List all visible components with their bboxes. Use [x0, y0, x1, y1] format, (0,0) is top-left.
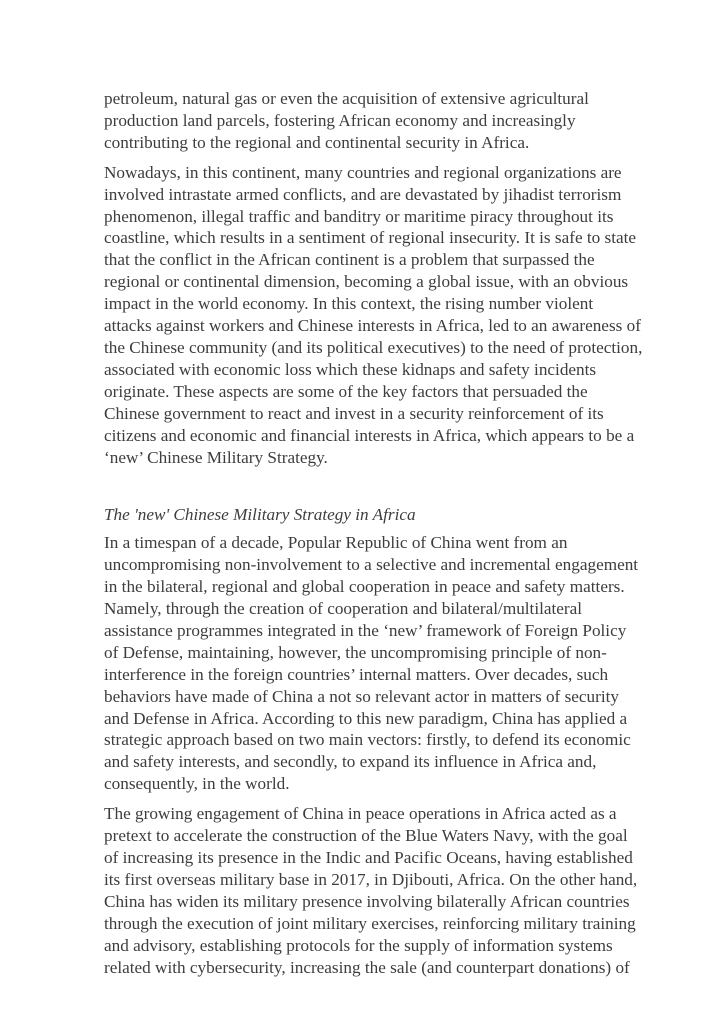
text-line: citizens and economic and financial inte…	[104, 425, 664, 447]
text-line: production land parcels, fostering Afric…	[104, 110, 664, 132]
text-line: that the conflict in the African contine…	[104, 249, 664, 271]
text-line: pretext to accelerate the construction o…	[104, 825, 664, 847]
text-line: The growing engagement of China in peace…	[104, 803, 664, 825]
text-line: uncompromising non-involvement to a sele…	[104, 554, 664, 576]
text-line: interference in the foreign countries’ i…	[104, 664, 664, 686]
text-line: ‘new’ Chinese Military Strategy.	[104, 447, 664, 469]
text-line: of increasing its presence in the Indic …	[104, 847, 664, 869]
text-line: petroleum, natural gas or even the acqui…	[104, 88, 664, 110]
document-page: petroleum, natural gas or even the acqui…	[104, 88, 664, 986]
paragraph-strategy-shift: In a timespan of a decade, Popular Repub…	[104, 532, 664, 795]
text-line: behaviors have made of China a not so re…	[104, 686, 664, 708]
text-line: and safety interests, and secondly, to e…	[104, 751, 664, 773]
text-line: assistance programmes integrated in the …	[104, 620, 664, 642]
text-line: and advisory, establishing protocols for…	[104, 935, 664, 957]
text-line: impact in the world economy. In this con…	[104, 293, 664, 315]
paragraph-intro-continuation: petroleum, natural gas or even the acqui…	[104, 88, 664, 154]
text-line: Chinese government to react and invest i…	[104, 403, 664, 425]
text-line: the Chinese community (and its political…	[104, 337, 664, 359]
paragraph-regional-insecurity: Nowadays, in this continent, many countr…	[104, 162, 664, 469]
section-heading: The 'new' Chinese Military Strategy in A…	[104, 504, 664, 526]
text-line: regional or continental dimension, becom…	[104, 271, 664, 293]
text-line: In a timespan of a decade, Popular Repub…	[104, 532, 664, 554]
text-line: originate. These aspects are some of the…	[104, 381, 664, 403]
text-line: through the execution of joint military …	[104, 913, 664, 935]
text-line: Namely, through the creation of cooperat…	[104, 598, 664, 620]
text-line: associated with economic loss which thes…	[104, 359, 664, 381]
text-line: of Defense, maintaining, however, the un…	[104, 642, 664, 664]
text-line: its first overseas military base in 2017…	[104, 869, 664, 891]
text-line: related with cybersecurity, increasing t…	[104, 957, 664, 979]
text-line: in the bilateral, regional and global co…	[104, 576, 664, 598]
text-line: and Defense in Africa. According to this…	[104, 708, 664, 730]
text-line: consequently, in the world.	[104, 773, 664, 795]
text-line: strategic approach based on two main vec…	[104, 729, 664, 751]
text-line: China has widen its military presence in…	[104, 891, 664, 913]
text-line: attacks against workers and Chinese inte…	[104, 315, 664, 337]
text-line: coastline, which results in a sentiment …	[104, 227, 664, 249]
paragraph-blue-waters-navy: The growing engagement of China in peace…	[104, 803, 664, 978]
text-line: phenomenon, illegal traffic and banditry…	[104, 206, 664, 228]
text-line: contributing to the regional and contine…	[104, 132, 664, 154]
text-line: involved intrastate armed conflicts, and…	[104, 184, 664, 206]
text-line: Nowadays, in this continent, many countr…	[104, 162, 664, 184]
